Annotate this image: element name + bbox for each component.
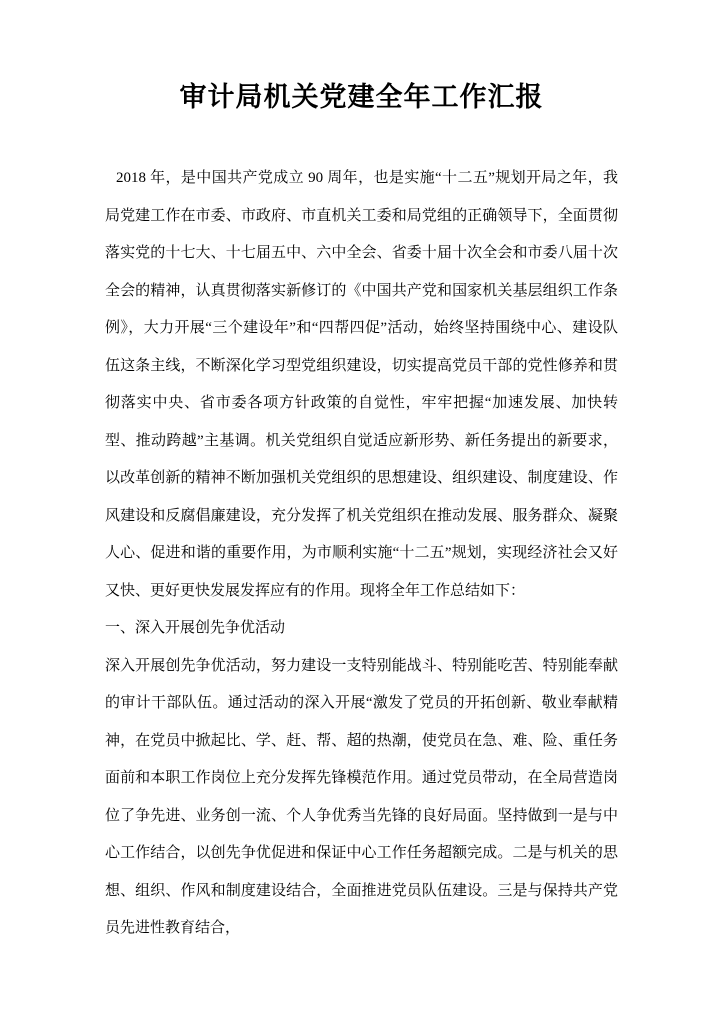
document-page: 审计局机关党建全年工作汇报 2018 年，是中国共产党成立 90 周年，也是实施…	[0, 0, 721, 1020]
intro-paragraph: 2018 年，是中国共产党成立 90 周年，也是实施“十二五”规划开局之年，我局…	[105, 160, 618, 610]
section-1-heading: 一、深入开展创先争优活动	[105, 610, 618, 648]
section-1-paragraph: 深入开展创先争优活动，努力建设一支特别能战斗、特别能吃苦、特别能奉献的审计干部队…	[105, 648, 618, 948]
document-title: 审计局机关党建全年工作汇报	[105, 76, 618, 118]
